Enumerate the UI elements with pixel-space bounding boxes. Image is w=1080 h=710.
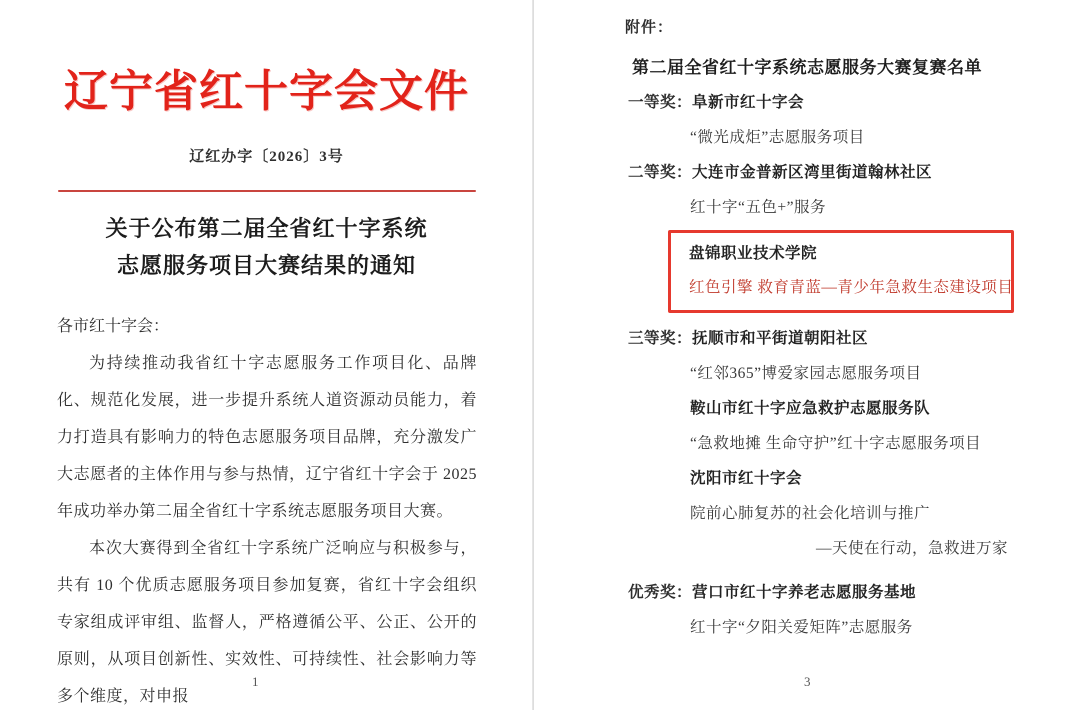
- org-name: 抚顺市和平街道朝阳社区: [692, 330, 868, 347]
- notice-title: 关于公布第二届全省红十字系统 志愿服务项目大赛结果的通知: [0, 210, 533, 284]
- org-name: 鞍山市红十字应急救护志愿服务队: [690, 400, 930, 417]
- document-scan: 辽宁省红十字会文件 辽红办字〔2026〕3号 关于公布第二届全省红十字系统 志愿…: [0, 0, 1080, 710]
- page-number: 1: [252, 674, 259, 690]
- page-3: 附件： 第二届全省红十字系统志愿服务大赛复赛名单 一等奖：阜新市红十字会 “微光…: [534, 0, 1080, 710]
- page-1: 辽宁省红十字会文件 辽红办字〔2026〕3号 关于公布第二届全省红十字系统 志愿…: [0, 0, 533, 710]
- award-row-third-prize: 三等奖：抚顺市和平街道朝阳社区: [628, 329, 1060, 349]
- highlight-box: 盘锦职业技术学院 红色引擎 救育青蓝—青少年急救生态建设项目: [668, 230, 1014, 313]
- org-row: 沈阳市红十字会: [690, 469, 1060, 489]
- project-row: 红十字“五色+”服务: [690, 198, 1060, 218]
- project-row: 红十字“夕阳关爱矩阵”志愿服务: [690, 618, 1060, 638]
- project-name: “红邻365”博爱家园志愿服务项目: [690, 365, 922, 382]
- project-name: 红十字“夕阳关爱矩阵”志愿服务: [690, 619, 913, 636]
- project-row-continued: —天使在行动，急救进万家: [690, 539, 1008, 559]
- award-label: 二等奖：: [628, 164, 692, 181]
- notice-body: 各市红十字会： 为持续推动我省红十字志愿服务工作项目化、品牌化、规范化发展，进一…: [57, 308, 477, 710]
- award-label: 三等奖：: [628, 330, 692, 347]
- project-row: “急救地摊 生命守护”红十字志愿服务项目: [690, 434, 1060, 454]
- body-paragraph: 本次大赛得到全省红十字系统广泛响应与积极参与，共有 10 个优质志愿服务项目参加…: [57, 530, 477, 710]
- org-name: 阜新市红十字会: [692, 94, 804, 111]
- org-name: 大连市金普新区湾里街道翰林社区: [692, 164, 932, 181]
- project-name: 院前心肺复苏的社会化培训与推广: [690, 505, 930, 522]
- award-label: 优秀奖：: [628, 584, 692, 601]
- page-number: 3: [804, 674, 811, 690]
- document-number: 辽红办字〔2026〕3号: [0, 145, 533, 166]
- project-name: “急救地摊 生命守护”红十字志愿服务项目: [690, 435, 981, 452]
- org-name-highlighted: 盘锦职业技术学院: [689, 244, 993, 264]
- notice-title-line2: 志愿服务项目大赛结果的通知: [0, 247, 533, 284]
- project-row: “微光成炬”志愿服务项目: [690, 128, 1060, 148]
- org-name: 营口市红十字养老志愿服务基地: [692, 584, 916, 601]
- org-name: 沈阳市红十字会: [690, 470, 802, 487]
- project-name: “微光成炬”志愿服务项目: [690, 129, 865, 146]
- project-name-highlighted: 红色引擎 救育青蓝—青少年急救生态建设项目: [689, 278, 993, 298]
- project-name: —天使在行动，急救进万家: [816, 540, 1008, 557]
- salutation: 各市红十字会：: [57, 308, 477, 345]
- project-row: 院前心肺复苏的社会化培训与推广: [690, 504, 1060, 524]
- award-label: 一等奖：: [628, 94, 692, 111]
- letterhead-title: 辽宁省红十字会文件: [30, 64, 503, 119]
- shortlist-title: 第二届全省红十字系统志愿服务大赛复赛名单: [534, 53, 1080, 78]
- body-paragraph: 为持续推动我省红十字志愿服务工作项目化、品牌化、规范化发展，进一步提升系统人道资…: [57, 345, 477, 530]
- red-divider-line: [58, 190, 476, 192]
- project-row: “红邻365”博爱家园志愿服务项目: [690, 364, 1060, 384]
- award-row-second-prize: 二等奖：大连市金普新区湾里街道翰林社区: [628, 163, 1060, 183]
- award-row-first-prize: 一等奖：阜新市红十字会: [628, 93, 1060, 113]
- notice-title-line1: 关于公布第二届全省红十字系统: [0, 210, 533, 247]
- project-name: 红十字“五色+”服务: [690, 199, 826, 216]
- org-row: 鞍山市红十字应急救护志愿服务队: [690, 399, 1060, 419]
- attachment-label: 附件：: [625, 16, 1080, 37]
- award-row-excellence-prize: 优秀奖：营口市红十字养老志愿服务基地: [628, 583, 1060, 603]
